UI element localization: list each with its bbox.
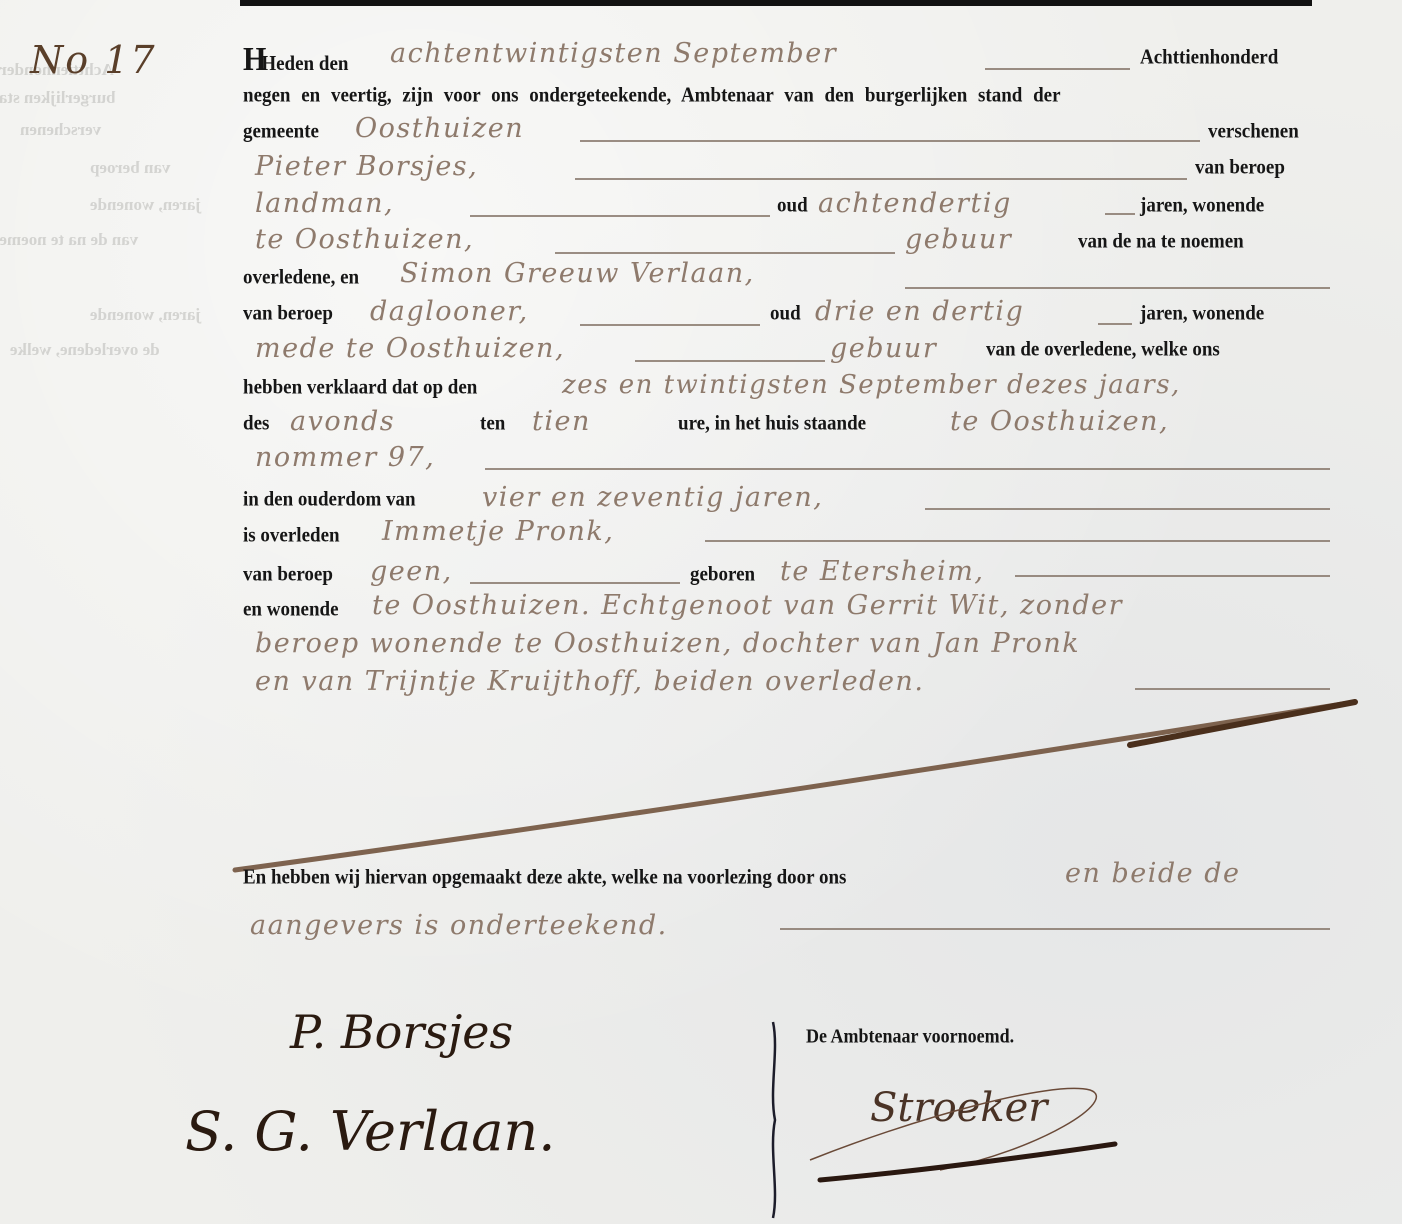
bracket-divider xyxy=(765,1020,785,1220)
printed-text: HHeden den xyxy=(243,41,348,79)
printed-text: in den ouderdom van xyxy=(243,487,416,512)
signature-witness-1: P. Borsjes xyxy=(290,1005,513,1059)
handwritten-hour: tien xyxy=(532,406,591,437)
printed-text: verschenen xyxy=(1208,119,1299,144)
fill-line xyxy=(1015,575,1330,577)
bleed-through-text: de overledene, welke xyxy=(10,340,160,360)
printed-text: hebben verklaard dat op den xyxy=(243,375,477,400)
handwritten-relation: gebuur xyxy=(905,224,1012,255)
handwritten-residence: mede te Oosthuizen, xyxy=(255,333,565,364)
printed-text: van beroep xyxy=(243,301,333,326)
handwritten-time-of-day: avonds xyxy=(290,406,395,437)
printed-text: ten xyxy=(480,411,505,436)
handwritten-age: achtendertig xyxy=(818,188,1012,219)
handwritten-house-number: nommer 97, xyxy=(255,442,435,473)
fill-line xyxy=(1105,213,1135,215)
handwritten-closing: aangevers is onderteekend. xyxy=(250,910,668,941)
printed-text: van de na te noemen xyxy=(1078,229,1244,254)
handwritten-occupation: daglooner, xyxy=(370,296,529,327)
bleed-through-text: van beroep xyxy=(90,158,170,178)
handwritten-occupation: landman, xyxy=(255,188,394,219)
handwritten-occupation-deceased: geen, xyxy=(370,556,453,587)
handwritten-declarant-1-name: Pieter Borsjes, xyxy=(255,151,478,182)
printed-text: oud xyxy=(770,301,801,326)
handwritten-age-of-deceased: vier en zeventig jaren, xyxy=(482,482,823,513)
printed-text: van beroep xyxy=(1195,155,1285,180)
printed-text: van beroep xyxy=(243,562,333,587)
printed-text: van de overledene, welke ons xyxy=(986,337,1220,362)
printed-text: is overleden xyxy=(243,523,340,548)
printed-text: des xyxy=(243,411,269,436)
handwritten-residence-deceased: te Oosthuizen. Echtgenoot van Gerrit Wit… xyxy=(372,590,1123,621)
handwritten-death-date: zes en twintigsten September dezes jaars… xyxy=(562,370,1181,400)
printed-text: En hebben wij hiervan opgemaakt deze akt… xyxy=(243,865,846,890)
bleed-through-text: verschenen xyxy=(20,120,101,140)
printed-text: oud xyxy=(777,193,808,218)
printed-text: gemeente xyxy=(243,119,319,144)
fill-line xyxy=(575,178,1187,180)
handwritten-age: drie en dertig xyxy=(815,296,1024,327)
printed-text: jaren, wonende xyxy=(1140,301,1264,326)
bleed-through-text: van de na te noemen xyxy=(0,230,138,250)
handwritten-place-of-death: te Oosthuizen, xyxy=(950,406,1169,437)
signature-flourish xyxy=(790,1060,1130,1190)
fill-line xyxy=(635,360,825,362)
printed-text: negen en veertig, zijn voor ons onderget… xyxy=(243,83,1061,108)
fill-line xyxy=(780,928,1330,930)
fill-line xyxy=(985,68,1130,70)
fill-line xyxy=(580,324,760,326)
printed-text: en wonende xyxy=(243,597,339,622)
printed-text: ure, in het huis staande xyxy=(678,411,866,436)
fill-line xyxy=(1098,323,1132,325)
bleed-through-text: jaren, wonende xyxy=(90,195,201,215)
handwritten-relation: gebuur xyxy=(830,333,937,364)
printed-text: overledene, en xyxy=(243,265,359,290)
handwritten-municipality: Oosthuizen xyxy=(355,113,524,144)
handwritten-deceased-name: Immetje Pronk, xyxy=(382,516,614,547)
printed-text: geboren xyxy=(690,562,755,587)
handwritten-date: achtentwintigsten September xyxy=(390,38,837,69)
printed-text: Achttienhonderd xyxy=(1140,45,1278,70)
handwritten-declarant-2-name: Simon Greeuw Verlaan, xyxy=(400,258,755,289)
official-label: De Ambtenaar voornoemd. xyxy=(806,1024,1014,1048)
fill-line xyxy=(555,252,895,254)
handwritten-closing: en beide de xyxy=(1065,858,1240,889)
fill-line xyxy=(705,540,1330,542)
printed-text: jaren, wonende xyxy=(1140,193,1264,218)
diagonal-cancel-stroke xyxy=(230,690,1370,880)
fill-line xyxy=(470,215,770,217)
top-border-bar xyxy=(240,0,1312,6)
fill-line xyxy=(485,468,1330,470)
handwritten-details: beroep wonende te Oosthuizen, dochter va… xyxy=(255,628,1080,659)
bleed-through-text: jaren, wonende xyxy=(90,305,201,325)
fill-line xyxy=(925,508,1330,510)
fill-line xyxy=(580,140,1200,142)
record-number: No 17 xyxy=(30,38,157,82)
handwritten-birthplace: te Etersheim, xyxy=(780,556,984,587)
bleed-through-text: burgerlijken stand xyxy=(0,88,116,108)
fill-line xyxy=(905,287,1330,289)
fill-line xyxy=(470,582,680,584)
signature-witness-2: S. G. Verlaan. xyxy=(185,1100,555,1163)
handwritten-residence: te Oosthuizen, xyxy=(255,224,474,255)
